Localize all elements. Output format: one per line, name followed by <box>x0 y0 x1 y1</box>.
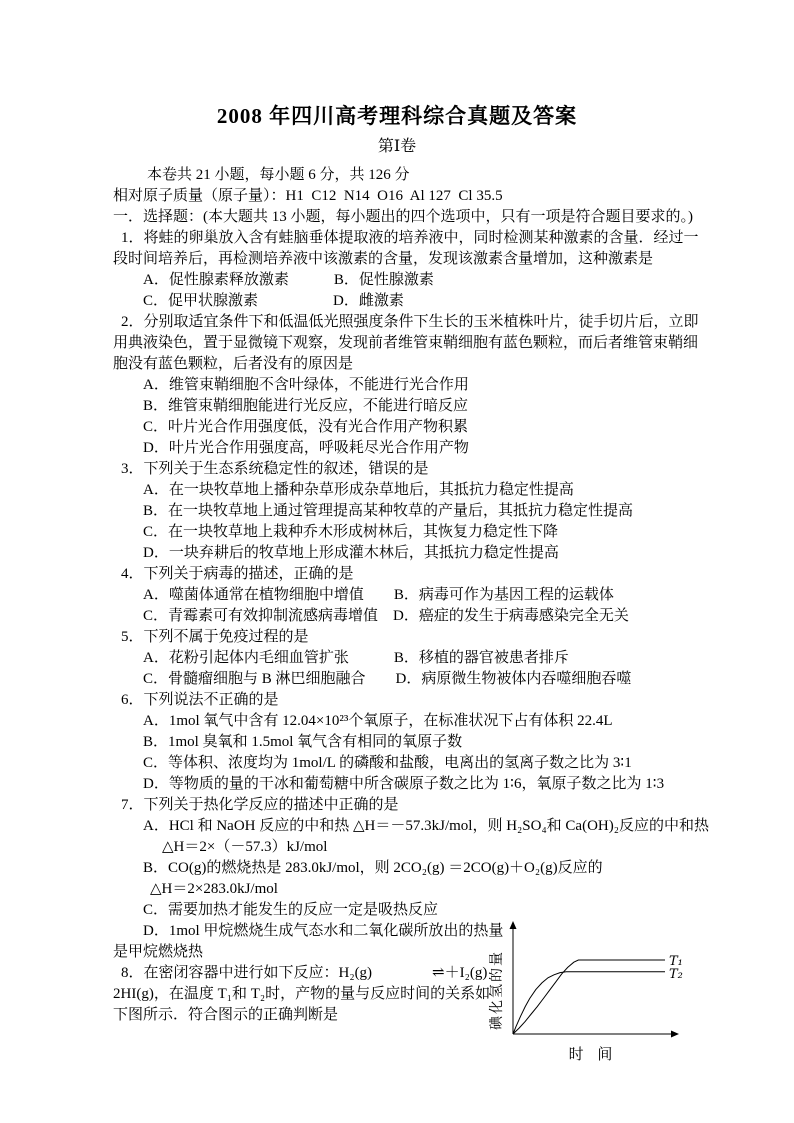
text-line: C．叶片光合作用强度低，没有光合作用产物积累 <box>143 417 733 438</box>
text-line: 3．下列关于生态系统稳定性的叙述，错误的是 <box>121 459 733 480</box>
text-line: 4．下列关于病毒的描述，正确的是 <box>121 564 733 585</box>
text-line: B．1mol 臭氧和 1.5mol 氧气含有相同的氧原子数 <box>143 732 733 753</box>
text-line: △H＝2×（－57.3）kJ/mol <box>162 837 733 858</box>
text-line: A．在一块牧草地上播种杂草形成杂草地后，其抵抗力稳定性提高 <box>143 480 733 501</box>
y-axis-label: 碘化氢的量 <box>490 944 506 1036</box>
text-line: D．一块弃耕后的牧草地上形成灌木林后，其抵抗力稳定性提高 <box>143 543 733 564</box>
text-line: B．CO(g)的燃烧热是 283.0kJ/mol，则 2CO₂(g) ＝2CO(… <box>143 858 733 879</box>
text-line: A．噬菌体通常在植物细胞中增值 B．病毒可作为基因工程的运载体 <box>143 585 733 606</box>
figure-q8-chart: T₁ T₂ 碘化氢的量 时 间 <box>480 920 792 1095</box>
text-line: 7．下列关于热化学反应的描述中正确的是 <box>121 795 733 816</box>
section-heading: 第Ⅰ卷 <box>0 136 794 158</box>
text-line: 5．下列不属于免疫过程的是 <box>121 627 733 648</box>
text-line: C．青霉素可有效抑制流感病毒增值 D．癌症的发生于病毒感染完全无关 <box>143 606 733 627</box>
chart-canvas: T₁ T₂ <box>480 920 792 1070</box>
text-line: 6．下列说法不正确的是 <box>121 690 733 711</box>
text-line: A．1mol 氧气中含有 12.04×10²³个氧原子，在标准状况下占有体积 2… <box>143 711 733 732</box>
text-line: 本卷共 21 小题，每小题 6 分，共 126 分 <box>147 165 733 186</box>
text-line: 用典液染色，置于显微镜下观察，发现前者维管束鞘细胞有蓝色颗粒，而后者维管束鞘细 <box>113 333 733 354</box>
text-line: A．HCl 和 NaOH 反应的中和热 △H＝－57.3kJ/mol，则 H₂S… <box>143 816 733 837</box>
body-lines: 本卷共 21 小题，每小题 6 分，共 126 分相对原子质量（原子量）：H1 … <box>113 165 733 1026</box>
text-line: 2．分别取适宜条件下和低温低光照强度条件下生长的玉米植株叶片，徒手切片后，立即 <box>121 312 733 333</box>
text-line: C．等体积、浓度均为 1mol/L 的磷酸和盐酸，电离出的氢离子数之比为 3∶1 <box>143 753 733 774</box>
x-axis-label: 时 间 <box>550 1043 636 1064</box>
text-line: 1．将蛙的卵巢放入含有蛙脑垂体提取液的培养液中，同时检测某种激素的含量．经过一 <box>121 228 733 249</box>
text-line: B．在一块牧草地上通过管理提高某种牧草的产量后，其抵抗力稳定性提高 <box>143 501 733 522</box>
x-axis-arrow-icon <box>671 1031 679 1038</box>
text-line: 一．选择题：(本大题共 13 小题，每小题出的四个选项中，只有一项是符合题目要求… <box>113 207 733 228</box>
text-line: C．促甲状腺激素 D．雌激素 <box>143 291 733 312</box>
curve-t2 <box>513 972 665 1034</box>
text-line: 段时间培养后，再检测培养液中该激素的含量，发现该激素含量增加，这种激素是 <box>113 249 733 270</box>
text-line: C．需要加热才能发生的反应一定是吸热反应 <box>143 900 733 921</box>
text-line: A．维管束鞘细胞不含叶绿体，不能进行光合作用 <box>143 375 733 396</box>
text-line: 胞没有蓝色颗粒，后者没有的原因是 <box>113 354 733 375</box>
text-line: 相对原子质量（原子量）：H1 C12 N14 O16 Al 127 Cl 35.… <box>113 186 733 207</box>
text-line: D．叶片光合作用强度高，呼吸耗尽光合作用产物 <box>143 438 733 459</box>
text-line: A．花粉引起体内毛细血管扩张 B．移植的器官被患者排斥 <box>143 648 733 669</box>
y-axis-arrow-icon <box>510 921 517 929</box>
document-page: 2008 年四川高考理科综合真题及答案 第Ⅰ卷 本卷共 21 小题，每小题 6 … <box>0 0 794 1123</box>
text-line: △H＝2×283.0kJ/mol <box>150 879 733 900</box>
text-line: C．在一块牧草地上栽种乔木形成树林后，其恢复力稳定性下降 <box>143 522 733 543</box>
text-line: D．等物质的量的干冰和葡萄糖中所含碳原子数之比为 1∶6，氧原子数之比为 1∶3 <box>143 774 733 795</box>
curve-t1 <box>513 960 665 1034</box>
text-line: A．促性腺素释放激素 B．促性腺激素 <box>143 270 733 291</box>
page-title: 2008 年四川高考理科综合真题及答案 <box>0 102 794 130</box>
text-line: B．维管束鞘细胞能进行光反应，不能进行暗反应 <box>143 396 733 417</box>
text-line: C．骨髓瘤细胞与 B 淋巴细胞融合 D．病原微生物被体内吞噬细胞吞噬 <box>143 669 733 690</box>
series-label-t2: T₂ <box>669 967 683 982</box>
